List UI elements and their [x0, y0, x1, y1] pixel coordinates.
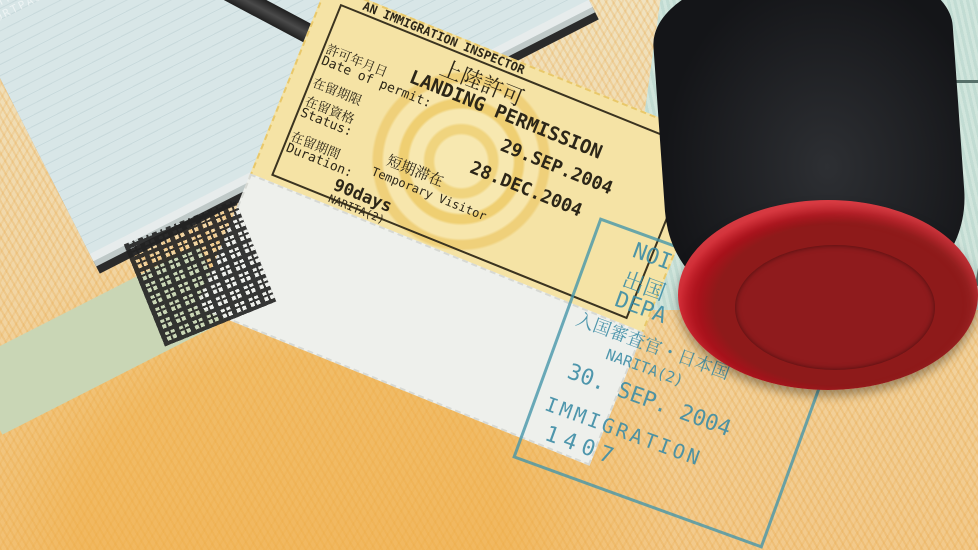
rubber-stamp-face	[735, 245, 935, 370]
photo-scene: PASSPORTPASSPORTPASSPORTPASSPORTPASSPORT…	[0, 0, 978, 550]
